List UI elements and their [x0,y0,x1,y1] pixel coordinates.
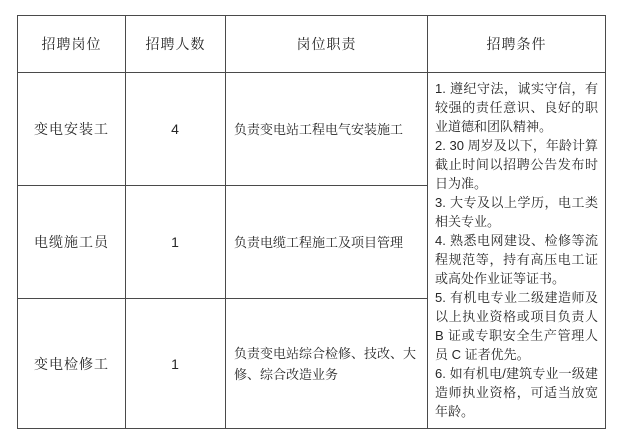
condition-item: 2. 30 周岁及以下，年龄计算截止时间以招聘公告发布时日为准。 [435,136,598,193]
header-position: 招聘岗位 [18,16,126,73]
header-duty: 岗位职责 [226,16,428,73]
count-cell: 1 [126,186,226,299]
condition-item: 4. 熟悉电网建设、检修等流程规范等，持有高压电工证或高处作业证等证书。 [435,231,598,288]
header-conditions: 招聘条件 [428,16,606,73]
position-cell: 电缆施工员 [18,186,126,299]
condition-item: 1. 遵纪守法，诚实守信，有较强的责任意识、良好的职业道德和团队精神。 [435,79,598,136]
count-cell: 4 [126,73,226,186]
duty-cell: 负责电缆工程施工及项目管理 [226,186,428,299]
header-row: 招聘岗位 招聘人数 岗位职责 招聘条件 [18,16,606,73]
duty-cell: 负责变电站工程电气安装施工 [226,73,428,186]
position-cell: 变电检修工 [18,299,126,429]
duty-cell: 负责变电站综合检修、技改、大修、综合改造业务 [226,299,428,429]
table-row: 变电安装工 4 负责变电站工程电气安装施工 1. 遵纪守法，诚实守信，有较强的责… [18,73,606,186]
position-cell: 变电安装工 [18,73,126,186]
count-cell: 1 [126,299,226,429]
recruitment-table: 招聘岗位 招聘人数 岗位职责 招聘条件 变电安装工 4 负责变电站工程电气安装施… [17,15,606,429]
condition-item: 6. 如有机电/建筑专业一级建造师执业资格，可适当放宽年龄。 [435,364,598,421]
header-count: 招聘人数 [126,16,226,73]
condition-item: 3. 大专及以上学历，电工类相关专业。 [435,193,598,231]
condition-item: 5. 有机电专业二级建造师及以上执业资格或项目负责人 B 证或专职安全生产管理人… [435,288,598,364]
conditions-cell: 1. 遵纪守法，诚实守信，有较强的责任意识、良好的职业道德和团队精神。 2. 3… [428,73,606,429]
